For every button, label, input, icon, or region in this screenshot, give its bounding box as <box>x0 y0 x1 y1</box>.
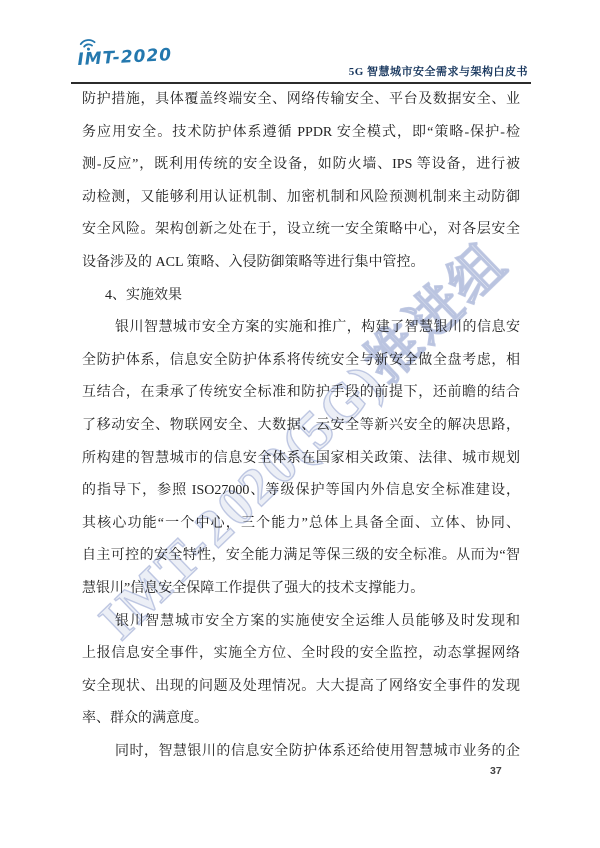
body-line: 了移动安全、物联网安全、大数据、云安全等新兴安全的解决思路， <box>82 410 520 443</box>
body-line: 安全现状、出现的问题及处理情况。大大提高了网络安全事件的发现 <box>82 671 520 704</box>
body-text: 防护措施，具体覆盖终端安全、网络传输安全、平台及数据安全、业务应用安全。技术防护… <box>82 84 520 768</box>
body-line: 务应用安全。技术防护体系遵循 PPDR 安全模式，即“策略-保护-检 <box>82 117 520 150</box>
body-line: 安全风险。架构创新之处在于，设立统一安全策略中心，对各层安全 <box>82 214 520 247</box>
body-line: 银川智慧城市安全方案的实施使安全运维人员能够及时发现和 <box>82 606 520 639</box>
body-line: 上报信息安全事件，实施全方位、全时段的安全监控，动态掌握网络 <box>82 638 520 671</box>
body-line: 率、群众的满意度。 <box>82 703 520 736</box>
body-line: 全防护体系，信息安全防护体系将传统安全与新安全做全盘考虑，相 <box>82 345 520 378</box>
body-line: 同时，智慧银川的信息安全防护体系还给使用智慧城市业务的企 <box>82 736 520 769</box>
body-line: 防护措施，具体覆盖终端安全、网络传输安全、平台及数据安全、业 <box>82 84 520 117</box>
logo-wordmark: IMT-2020 <box>77 45 173 70</box>
body-line: 动检测，又能够利用认证机制、加密机制和风险预测机制来主动防御 <box>82 182 520 215</box>
document-header-title: 5G 智慧城市安全需求与架构白皮书 <box>349 63 528 79</box>
imt-2020-logo: IMT-2020 <box>78 44 198 76</box>
body-line: 测-反应”，既利用传统的安全设备，如防火墙、IPS 等设备，进行被 <box>82 149 520 182</box>
body-line: 银川智慧城市安全方案的实施和推广，构建了智慧银川的信息安 <box>82 312 520 345</box>
body-line: 慧银川”信息安全保障工作提供了强大的技术支撑能力。 <box>82 573 520 606</box>
body-line: 的指导下，参照 ISO27000、等级保护等国内外信息安全标准建设， <box>82 475 520 508</box>
document-page: IMT-2020 5G 智慧城市安全需求与架构白皮书 IMT-2020(5G)推… <box>0 0 600 848</box>
section-heading: 4、实施效果 <box>82 280 520 313</box>
body-line: 其核心功能“一个中心，三个能力”总体上具备全面、立体、协同、 <box>82 508 520 541</box>
body-line: 自主可控的安全特性，安全能力满足等保三级的安全标准。从而为“智 <box>82 540 520 573</box>
body-line: 互结合，在秉承了传统安全标准和防护手段的前提下，还前瞻的结合 <box>82 377 520 410</box>
body-line: 所构建的智慧城市的信息安全体系在国家相关政策、法律、城市规划 <box>82 443 520 476</box>
body-line: 设备涉及的 ACL 策略、入侵防御策略等进行集中管控。 <box>82 247 520 280</box>
